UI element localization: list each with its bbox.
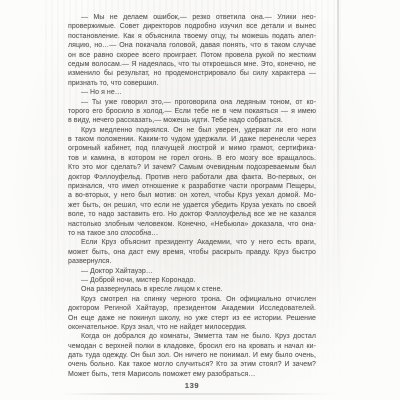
text-line: Если Круз объяснит президенту Академии, … [68,238,316,247]
text-line: он все равно скорее всего проиграет. Пот… [68,51,316,60]
page-number: 139 [68,381,316,390]
text-line: Круз медленно поднялся. Он не был уверен… [68,126,316,135]
text-line: тов и камина, в котором не горел огонь. … [68,154,316,163]
text-line: в виду, нечего рассказать,— можешь идти.… [68,116,316,125]
text-line: Кто это мог сделать? И зачем? Самым очев… [68,163,316,172]
text-line: провержимые. Совет директоров подробно и… [68,22,316,31]
text-line: — Доброй ночи, мистер Коронадо. [68,276,316,285]
book-page: — Мы не делаем ошибок,— резко ответила о… [0,0,400,400]
text-line: — Мы не делаем ошибок,— резко ответила о… [68,13,316,22]
text-line: постановление. Как я объяснила твоему от… [68,32,316,41]
text-line: а во-вторых, у него был мотив: он хотел,… [68,191,316,200]
text-line: огромный кабинет, под плачущей люстрой и… [68,144,316,153]
text-line: торого его бросило в холод.— Если тебе н… [68,107,316,116]
text-line: может быть, она даст ему время, чтобы ра… [68,248,316,257]
text-line: Когда он добрался до комнаты, Эмметта та… [68,332,316,341]
text-line: окончательное. Круз знал, что не найдет … [68,323,316,332]
text-line: седым волосам.— Я надеялась, что ты откр… [68,60,316,69]
text-line: Он еще даже не покинул школу, но уже сте… [68,314,316,323]
paragraph: — Мы не делаем ошибок,— резко ответила о… [68,13,316,88]
text-line: настолько злобным человеком. Конечно, «Н… [68,220,316,229]
paragraph: Когда он добрался до комнаты, Эмметта та… [68,332,316,379]
text-line: ляцию, но…— Она покачала головой, давая … [68,41,316,50]
text-line: развернулся. [68,257,316,266]
paragraph: — Доброй ночи, мистер Коронадо. [68,276,316,285]
text-line: Она развернулась в кресле лицом к стене. [68,285,316,294]
text-line: в таком положении. Каким-то чудом удержа… [68,135,316,144]
text-line: признался, что имел отношение к разработ… [68,182,316,191]
text-line: чемодан с верхней полки в кладовке, брос… [68,342,316,351]
text-line: доктор Фэллоуфельд. Против него работали… [68,173,316,182]
paragraph: Она развернулась в кресле лицом к стене. [68,285,316,294]
paragraph: Круз смотрел на спинку черного трона. Он… [68,295,316,333]
text-line: Круз смотрел на спинку черного трона. Он… [68,295,316,304]
paragraph: — Но я не… [68,88,316,97]
page-edge-bottom [60,393,335,395]
text-line: — Ты уже говорил это,— проговорила она л… [68,98,316,107]
text-line: очень больно. Как такое могло случиться?… [68,360,316,369]
paragraph: Если Круз объяснит президенту Академии, … [68,238,316,266]
italic-word: способна [121,230,152,237]
page-edge-right [337,0,339,300]
text-line: — Но я не… [68,88,316,97]
text-line: изменило бы результат, но продемонстриро… [68,69,316,78]
text-line: воле, то надо заставить его. Но доктор Ф… [68,210,316,219]
paragraph: — Доктор Хайтауэр… [68,267,316,276]
text-block: — Мы не делаем ошибок,— резко ответила о… [68,13,316,379]
paragraph: Круз медленно поднялся. Он не был уверен… [68,126,316,239]
text-line: Может быть, тетя Марисоль поможет ему ра… [68,370,316,379]
text-line: доктором Региной Хайтауэр, президентом А… [68,304,316,313]
text-line: — Доктор Хайтауэр… [68,267,316,276]
paragraph: — Ты уже говорил это,— проговорила она л… [68,98,316,126]
text-line: жет быть, он решил, что если не удается … [68,201,316,210]
text-line: дать туда одежду. Он был зол. Он ничего … [68,351,316,360]
text-line: признать то, что совершил. [68,79,316,88]
text-line: то на такое зло способна… [68,229,316,238]
